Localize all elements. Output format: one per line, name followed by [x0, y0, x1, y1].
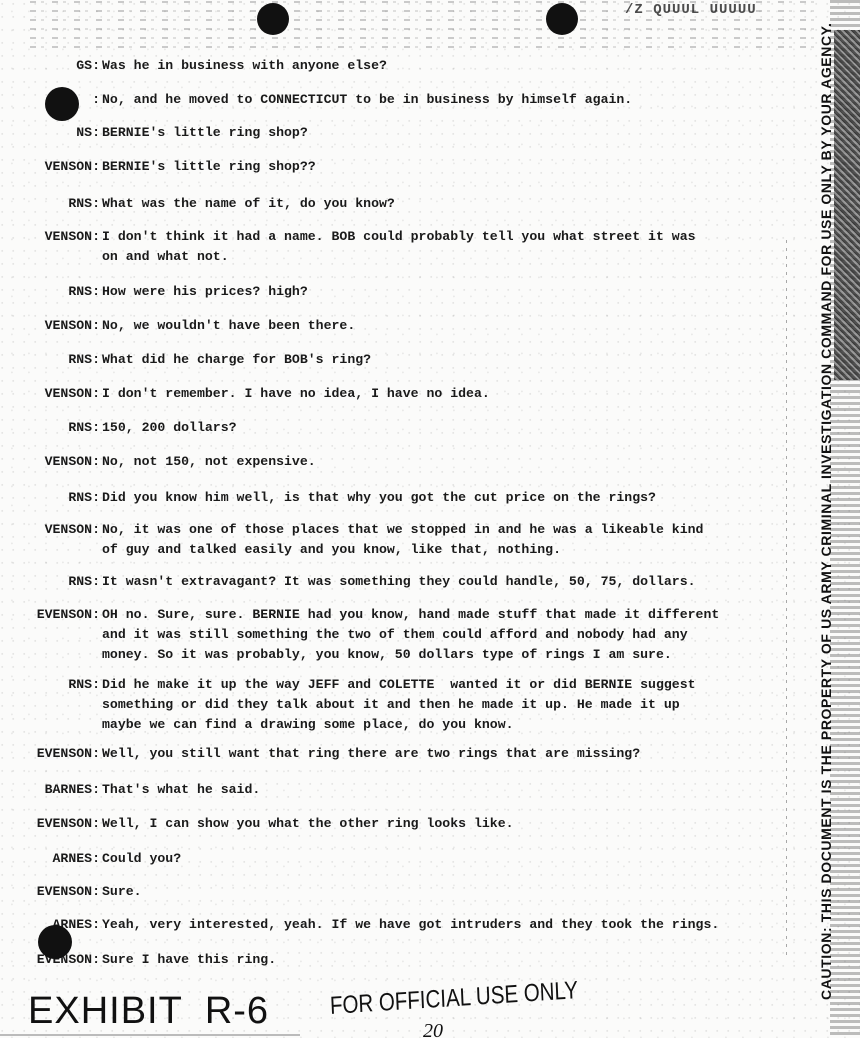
utterance-text: I don't remember. I have no idea, I have… [102, 384, 490, 404]
speaker-label: NS: [0, 123, 102, 143]
utterance-line: Did you know him well, is that why you g… [102, 488, 656, 508]
utterance-text: What did he charge for BOB's ring? [102, 350, 371, 370]
speaker-label: VENSON: [0, 227, 102, 247]
speaker-label: EVENSON: [0, 744, 102, 764]
utterance-line: It wasn't extravagant? It was something … [102, 572, 696, 592]
utterance-text: No, it was one of those places that we s… [102, 520, 703, 560]
utterance-text: Did you know him well, is that why you g… [102, 488, 656, 508]
utterance-line: on and what not. [102, 247, 696, 267]
speaker-label: ARNES: [0, 849, 102, 869]
utterance-line: BERNIE's little ring shop?? [102, 157, 316, 177]
utterance-text: BERNIE's little ring shop?? [102, 157, 316, 177]
utterance-text: Yeah, very interested, yeah. If we have … [102, 915, 719, 935]
utterance-line: Sure I have this ring. [102, 950, 276, 970]
utterance-line: How were his prices? high? [102, 282, 308, 302]
utterance-line: Sure. [102, 882, 142, 902]
utterance-text: Sure. [102, 882, 142, 902]
utterance-text: 150, 200 dollars? [102, 418, 237, 438]
utterance-line: No, it was one of those places that we s… [102, 520, 703, 540]
punch-hole-icon [45, 87, 79, 121]
utterance-text: Well, you still want that ring there are… [102, 744, 640, 764]
utterance-line: BERNIE's little ring shop? [102, 123, 308, 143]
utterance-text: Could you? [102, 849, 181, 869]
margin-rule [786, 240, 787, 960]
utterance-line: and it was still something the two of th… [102, 625, 719, 645]
utterance-text: Was he in business with anyone else? [102, 56, 387, 76]
speaker-label: RNS: [0, 418, 102, 438]
speaker-label: EVENSON: [0, 814, 102, 834]
utterance-line: No, not 150, not expensive. [102, 452, 316, 472]
speaker-label: RNS: [0, 350, 102, 370]
speaker-label: VENSON: [0, 452, 102, 472]
speaker-label: RNS: [0, 572, 102, 592]
utterance-line: Yeah, very interested, yeah. If we have … [102, 915, 719, 935]
utterance-line: That's what he said. [102, 780, 260, 800]
bottom-rule [0, 1034, 300, 1036]
speaker-label: VENSON: [0, 316, 102, 336]
utterance-line: What did he charge for BOB's ring? [102, 350, 371, 370]
exhibit-id: R-6 [205, 990, 269, 1032]
utterance-line: Was he in business with anyone else? [102, 56, 387, 76]
exhibit-label: EXHIBIT [28, 990, 183, 1032]
utterance-text: Did he make it up the way JEFF and COLET… [102, 675, 696, 735]
side-edge-strip [830, 0, 860, 1038]
speaker-label: BARNES: [0, 780, 102, 800]
speaker-label: RNS: [0, 282, 102, 302]
speaker-label: RNS: [0, 194, 102, 214]
speaker-label: GS: [0, 56, 102, 76]
utterance-line: Well, you still want that ring there are… [102, 744, 640, 764]
utterance-line: I don't think it had a name. BOB could p… [102, 227, 696, 247]
utterance-line: No, we wouldn't have been there. [102, 316, 355, 336]
edge-smudge [834, 30, 860, 380]
exhibit-marker: EXHIBITR-6 [28, 990, 269, 1033]
utterance-text: BERNIE's little ring shop? [102, 123, 308, 143]
official-use-stamp: FOR OFFICIAL USE ONLY [329, 976, 578, 1021]
caution-notice: CAUTION: THIS DOCUMENT IS THE PROPERTY O… [818, 22, 834, 1000]
utterance-line: 150, 200 dollars? [102, 418, 237, 438]
utterance-line: of guy and talked easily and you know, l… [102, 540, 703, 560]
utterance-line: Could you? [102, 849, 181, 869]
utterance-text: OH no. Sure, sure. BERNIE had you know, … [102, 605, 719, 665]
utterance-text: Sure I have this ring. [102, 950, 276, 970]
utterance-text: That's what he said. [102, 780, 260, 800]
utterance-line: What was the name of it, do you know? [102, 194, 395, 214]
utterance-text: No, and he moved to CONNECTICUT to be in… [102, 90, 632, 110]
utterance-line: Did he make it up the way JEFF and COLET… [102, 675, 696, 695]
speaker-label: RNS: [0, 675, 102, 695]
punch-hole-icon [38, 925, 72, 959]
speaker-label: VENSON: [0, 384, 102, 404]
page-number: 20 [423, 1020, 443, 1038]
utterance-line: money. So it was probably, you know, 50 … [102, 645, 719, 665]
utterance-text: I don't think it had a name. BOB could p… [102, 227, 696, 267]
punch-hole-icon [546, 3, 578, 35]
document-page: /Z QUUUL UUUUU GS:Was he in business wit… [0, 0, 860, 1038]
speaker-label: VENSON: [0, 520, 102, 540]
utterance-line: OH no. Sure, sure. BERNIE had you know, … [102, 605, 719, 625]
utterance-text: No, we wouldn't have been there. [102, 316, 355, 336]
utterance-text: What was the name of it, do you know? [102, 194, 395, 214]
punch-hole-icon [257, 3, 289, 35]
utterance-line: maybe we can find a drawing some place, … [102, 715, 696, 735]
utterance-text: No, not 150, not expensive. [102, 452, 316, 472]
utterance-line: I don't remember. I have no idea, I have… [102, 384, 490, 404]
header-reference: /Z QUUUL UUUUU [625, 2, 757, 18]
speaker-label: VENSON: [0, 157, 102, 177]
utterance-line: Well, I can show you what the other ring… [102, 814, 514, 834]
utterance-text: How were his prices? high? [102, 282, 308, 302]
speaker-label: RNS: [0, 488, 102, 508]
utterance-text: It wasn't extravagant? It was something … [102, 572, 696, 592]
speaker-label: EVENSON: [0, 605, 102, 625]
utterance-line: something or did they talk about it and … [102, 695, 696, 715]
utterance-line: No, and he moved to CONNECTICUT to be in… [102, 90, 632, 110]
speaker-label: EVENSON: [0, 882, 102, 902]
utterance-text: Well, I can show you what the other ring… [102, 814, 514, 834]
